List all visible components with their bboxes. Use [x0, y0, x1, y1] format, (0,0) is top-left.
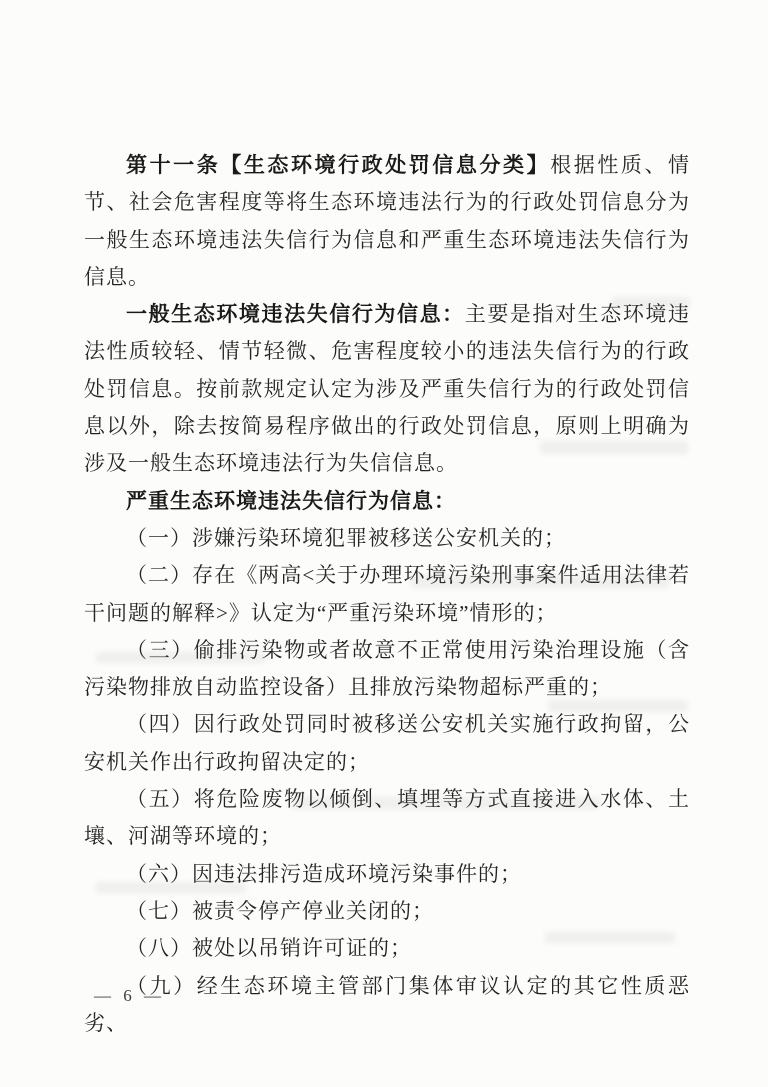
- serious-item-6: （六）因违法排污造成环境污染事件的；: [84, 856, 690, 893]
- serious-item-8-text: （八）被处以吊销许可证的；: [126, 936, 412, 960]
- serious-item-4: （四）因行政处罚同时被移送公安机关实施行政拘留，公安机关作出行政拘留决定的；: [84, 706, 690, 781]
- serious-item-3: （三）偷排污染物或者故意不正常使用污染治理设施（含污染物排放自动监控设备）且排放…: [84, 632, 690, 707]
- serious-item-4-text: （四）因行政处罚同时被移送公安机关实施行政拘留，公安机关作出行政拘留决定的；: [84, 712, 690, 773]
- serious-item-2: （二）存在《两高<关于办理环境污染刑事案件适用法律若干问题的解释>》认定为“严重…: [84, 557, 690, 632]
- serious-item-1: （一）涉嫌污染环境犯罪被移送公安机关的；: [84, 520, 690, 557]
- serious-item-8: （八）被处以吊销许可证的；: [84, 930, 690, 967]
- serious-violation-heading: 严重生态环境违法失信行为信息：: [126, 489, 456, 513]
- article-11-heading: 第十一条【生态环境行政处罚信息分类】: [126, 153, 550, 177]
- document-body: 第十一条【生态环境行政处罚信息分类】根据性质、情节、社会危害程度等将生态环境违法…: [84, 147, 690, 1042]
- serious-violation-paragraph: 严重生态环境违法失信行为信息：: [84, 483, 690, 520]
- serious-item-2-text: （二）存在《两高<关于办理环境污染刑事案件适用法律若干问题的解释>》认定为“严重…: [84, 563, 690, 624]
- serious-item-9-text: （九）经生态环境主管部门集体审议认定的其它性质恶劣、: [84, 974, 690, 1035]
- page-number: — 6 —: [94, 986, 165, 1006]
- document-page: 第十一条【生态环境行政处罚信息分类】根据性质、情节、社会危害程度等将生态环境违法…: [0, 0, 768, 1087]
- serious-item-9: （九）经生态环境主管部门集体审议认定的其它性质恶劣、: [84, 968, 690, 1043]
- serious-item-3-text: （三）偷排污染物或者故意不正常使用污染治理设施（含污染物排放自动监控设备）且排放…: [84, 638, 690, 699]
- serious-item-7-text: （七）被责令停产停业关闭的；: [126, 899, 434, 923]
- serious-item-1-text: （一）涉嫌污染环境犯罪被移送公安机关的；: [126, 526, 566, 550]
- article-11-paragraph: 第十一条【生态环境行政处罚信息分类】根据性质、情节、社会危害程度等将生态环境违法…: [84, 147, 690, 296]
- serious-item-6-text: （六）因违法排污造成环境污染事件的；: [126, 862, 522, 886]
- general-violation-paragraph: 一般生态环境违法失信行为信息：主要是指对生态环境违法性质较轻、情节轻微、危害程度…: [84, 296, 690, 482]
- serious-item-5-text: （五）将危险废物以倾倒、填埋等方式直接进入水体、土壤、河湖等环境的；: [84, 787, 690, 848]
- serious-item-5: （五）将危险废物以倾倒、填埋等方式直接进入水体、土壤、河湖等环境的；: [84, 781, 690, 856]
- general-violation-heading: 一般生态环境违法失信行为信息：: [126, 302, 465, 326]
- serious-item-7: （七）被责令停产停业关闭的；: [84, 893, 690, 930]
- general-violation-text: 主要是指对生态环境违法性质较轻、情节轻微、危害程度较小的违法失信行为的行政处罚信…: [84, 302, 690, 475]
